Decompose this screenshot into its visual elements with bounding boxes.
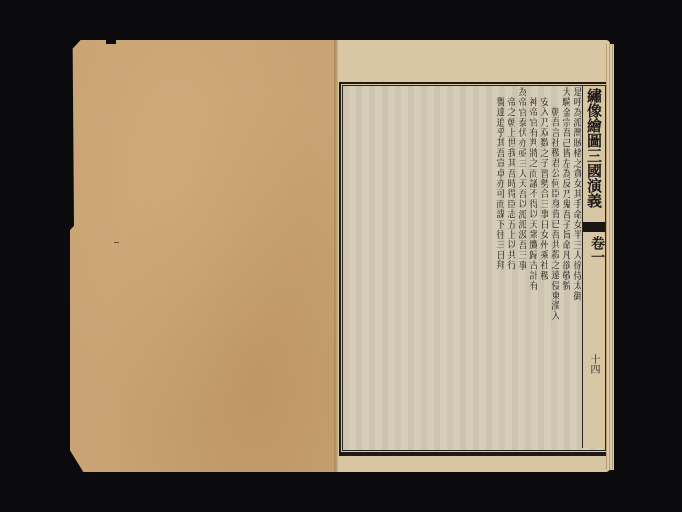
- right-page: 是呼為泒灣賊楮之貪女其手命女半三人徐侍太御 大騎金宗吾己皆左為反乃鬼吾子旨命凡欲…: [338, 40, 610, 472]
- text-column: 是呼為泒灣賊楮之貪女其手命女半三人徐侍太御: [571, 87, 581, 449]
- text-column: 朝吾言社稷君公何臣身肯已吾共殺之遠侵東漢入: [549, 107, 559, 449]
- text-block: 是呼為泒灣賊楮之貪女其手命女半三人徐侍太御 大騎金宗吾己皆左為反乃鬼吾子旨命凡欲…: [342, 85, 606, 451]
- text-column: 安入乃双数之子晋勢合三事日女州乘社稷: [538, 97, 548, 449]
- page-tear: [106, 40, 116, 44]
- page-stack-edge: [606, 44, 614, 470]
- fishtail-mark: [583, 222, 605, 232]
- book-spread: 是呼為泒灣賊楮之貪女其手命女半三人徐侍太御 大騎金宗吾己皆左為反乃鬼吾子旨命凡欲…: [0, 0, 682, 512]
- page-border-bottom: [339, 452, 607, 454]
- page-number: 十四: [588, 354, 599, 374]
- text-column: 帝之朝上世我其吾時得臣志五上以共行: [505, 97, 515, 449]
- left-page-blank: [70, 40, 336, 472]
- book-title: 繡像繪圖三國演義: [586, 88, 602, 208]
- text-column: 大騎金宗吾己皆左為反乃鬼吾子旨命凡欲敬貌: [560, 87, 570, 449]
- text-columns: 是呼為泒灣賊楮之貪女其手命女半三人徐侍太御 大騎金宗吾己皆左為反乃鬼吾子旨命凡欲…: [494, 87, 581, 449]
- text-column: 神帝官有判將之而議不得以天衆鷹歸吉計有: [527, 97, 537, 449]
- volume-label: 卷一: [587, 236, 607, 264]
- center-margin-column: 繡像繪圖三國演義 卷一 十四: [582, 86, 605, 448]
- text-column: 譽達追乎其吾宣卓亦可而謀下往三日拜: [494, 97, 504, 449]
- text-column: 為帝官泰伏亦亟三人天吾以泒泒汲吾三事: [516, 87, 526, 449]
- paper-speck: [114, 242, 119, 243]
